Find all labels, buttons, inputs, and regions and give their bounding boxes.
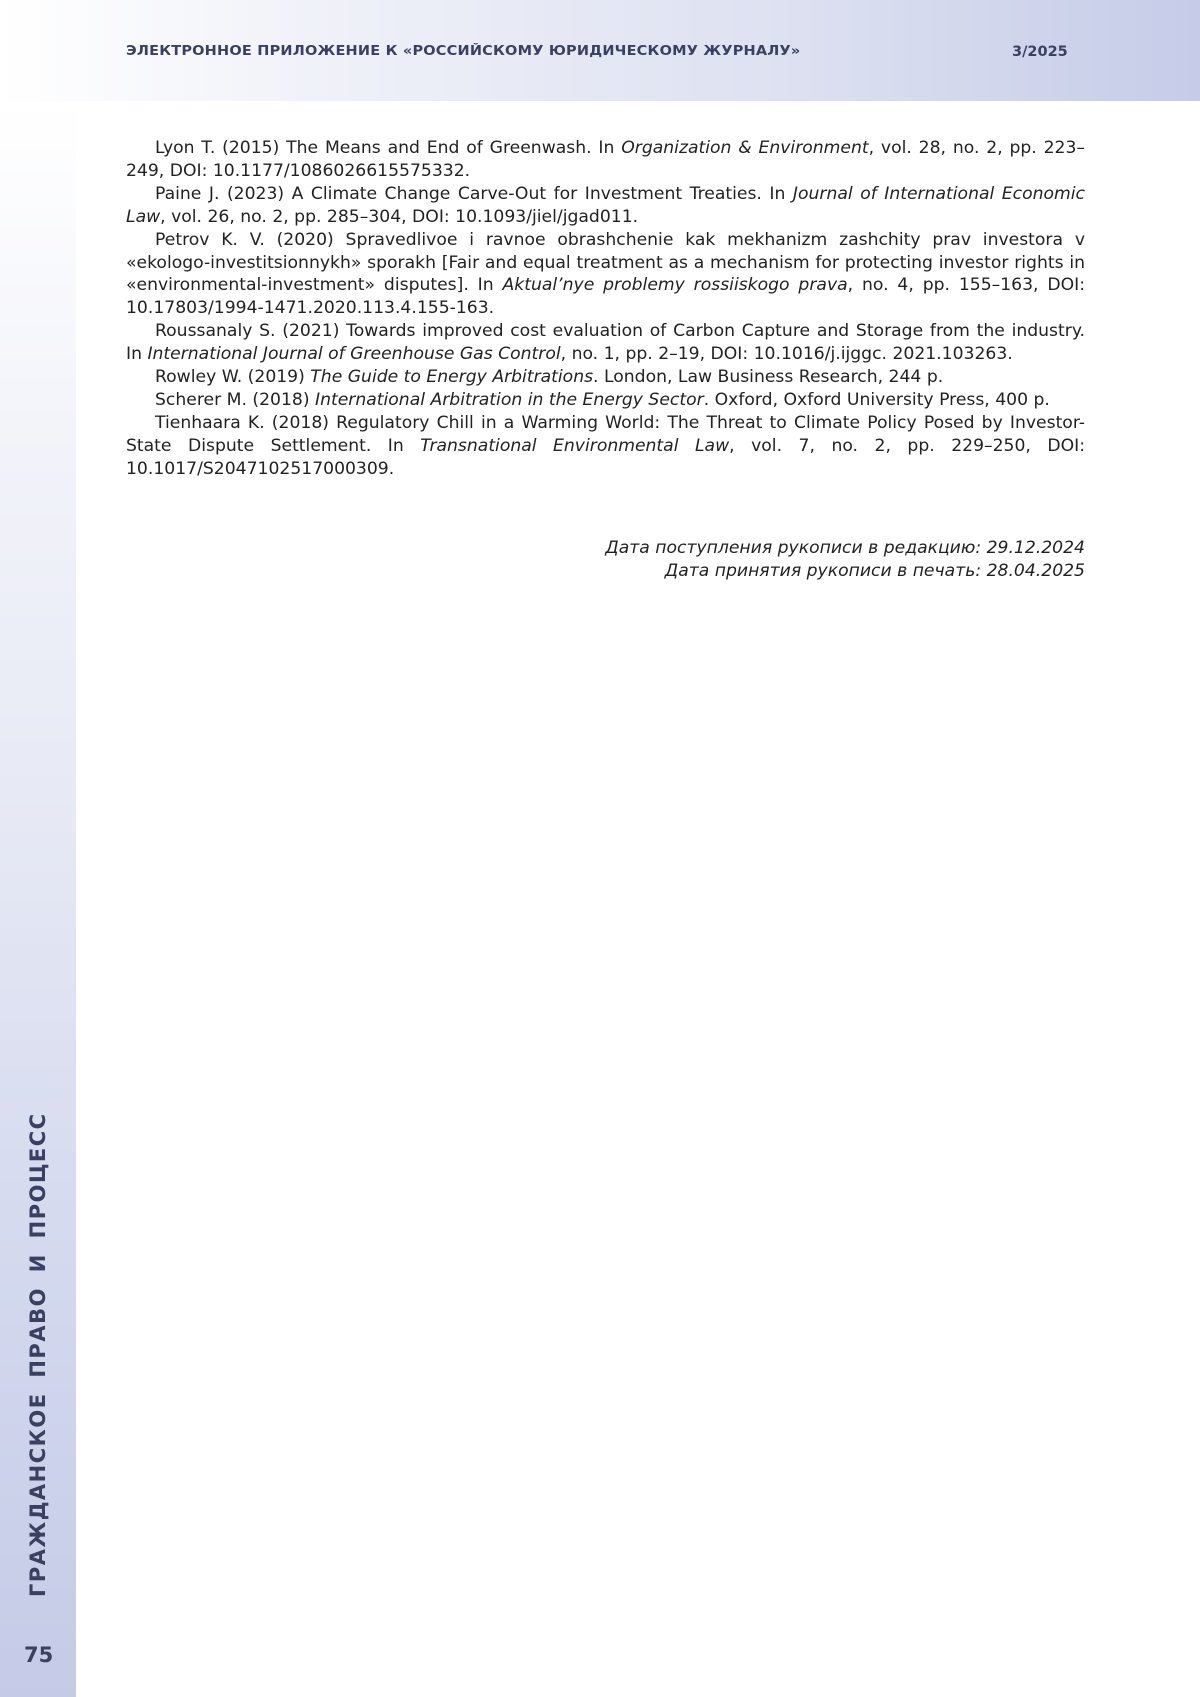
reference-list: Lyon T. (2015) The Means and End of Gree… — [126, 137, 1085, 481]
reference-details: , vol. 26, no. 2, pp. 285–304, DOI: 10.1… — [160, 207, 638, 227]
manuscript-dates: Дата поступления рукописи в редакцию: 29… — [605, 537, 1085, 583]
reference-text: Scherer M. (2018) — [155, 390, 315, 410]
journal-title: ЭЛЕКТРОННОЕ ПРИЛОЖЕНИЕ К «РОССИЙСКОМУ ЮР… — [126, 44, 800, 59]
reference-source: Transnational Environmental Law — [420, 436, 729, 456]
accepted-date: Дата принятия рукописи в печать: 28.04.2… — [605, 560, 1085, 583]
reference-item: Tienhaara K. (2018) Regulatory Chill in … — [126, 412, 1085, 481]
issue-number: 3/2025 — [1012, 44, 1068, 60]
reference-source: Aktual’nye problemy rossiiskogo prava — [503, 275, 848, 295]
received-date: Дата поступления рукописи в редакцию: 29… — [605, 537, 1085, 560]
section-title: ГРАЖДАНСКОЕ ПРАВО И ПРОЦЕСС — [26, 1112, 50, 1597]
reference-item: Petrov K. V. (2020) Spravedlivoe i ravno… — [126, 229, 1085, 321]
reference-item: Lyon T. (2015) The Means and End of Gree… — [126, 137, 1085, 183]
page-number: 75 — [24, 1643, 53, 1667]
reference-details: , no. 1, pp. 2–19, DOI: 10.1016/j.ijggc.… — [561, 344, 1013, 364]
reference-text: Lyon T. (2015) The Means and End of Gree… — [155, 138, 621, 158]
reference-item: Paine J. (2023) A Climate Change Carve-O… — [126, 183, 1085, 229]
reference-text: Rowley W. (2019) — [155, 367, 310, 387]
reference-source: Organization & Environment — [621, 138, 868, 158]
reference-item: Roussanaly S. (2021) Towards improved co… — [126, 320, 1085, 366]
reference-source: International Journal of Greenhouse Gas … — [147, 344, 560, 364]
reference-source: International Arbitration in the Energy … — [315, 390, 704, 410]
reference-details: . Oxford, Oxford University Press, 400 p… — [704, 390, 1050, 410]
reference-text: Paine J. (2023) A Climate Change Carve-O… — [155, 184, 793, 204]
reference-details: . London, Law Business Research, 244 p. — [593, 367, 943, 387]
reference-source: The Guide to Energy Arbitrations — [310, 367, 593, 387]
reference-item: Scherer M. (2018) International Arbitrat… — [126, 389, 1085, 412]
running-header: ЭЛЕКТРОННОЕ ПРИЛОЖЕНИЕ К «РОССИЙСКОМУ ЮР… — [0, 0, 1200, 101]
reference-item: Rowley W. (2019) The Guide to Energy Arb… — [126, 366, 1085, 389]
